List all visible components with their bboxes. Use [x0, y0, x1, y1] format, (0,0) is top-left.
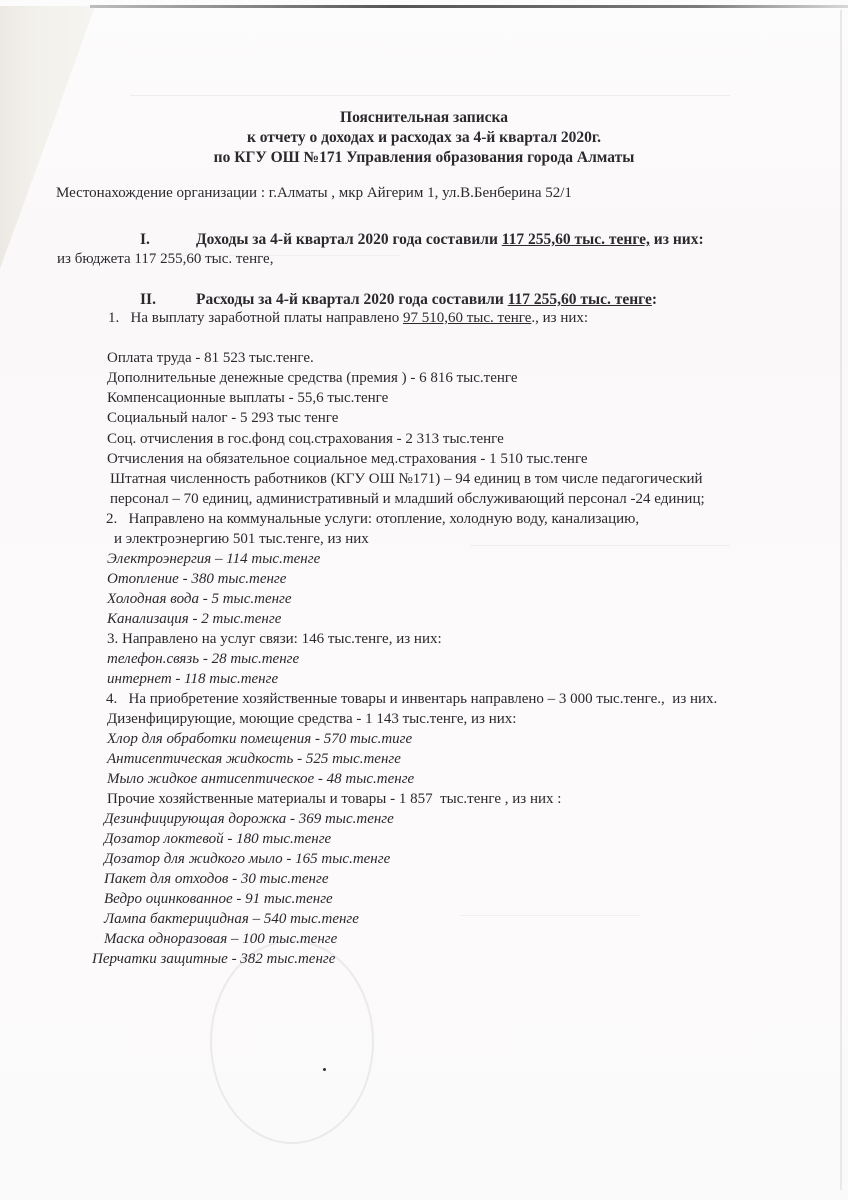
expenses-heading: II.Расходы за 4-й квартал 2020 года сост…	[140, 291, 657, 309]
expenses-heading-text: Расходы за 4-й квартал 2020 года состави…	[196, 291, 508, 308]
other-goods-item: Пакет для отходов - 30 тыс.тенге	[104, 870, 328, 888]
income-budget-line: из бюджета 117 255,60 тыс. тенге,	[57, 250, 273, 268]
other-goods-item: Маска одноразовая – 100 тыс.тенге	[104, 930, 337, 948]
communications-item: интернет - 118 тыс.тенге	[107, 670, 278, 688]
expenses-numeral: II.	[140, 291, 196, 309]
income-heading-suffix: из них:	[650, 231, 704, 248]
salary-item: Соц. отчисления в гос.фонд соц.страхован…	[107, 430, 504, 448]
page-top-edge	[90, 5, 848, 8]
salary-item: Отчисления на обязательное социальное ме…	[107, 450, 588, 468]
expenses-total: 117 255,60 тыс. тенге	[508, 291, 652, 308]
utilities-item: Отопление - 380 тыс.тенге	[107, 570, 286, 588]
salary-text: На выплату заработной платы направлено	[131, 310, 403, 326]
salary-item: Оплата труда - 81 523 тыс.тенге.	[107, 349, 314, 367]
salary-amount: 97 510,60 тыс. тенге	[403, 310, 531, 326]
communications-heading: 3. Направлено на услуг связи: 146 тыс.те…	[107, 630, 442, 648]
salary-item: Компенсационные выплаты - 55,6 тыс.тенге	[107, 389, 388, 407]
other-goods-item: Лампа бактерицидная – 540 тыс.тенге	[104, 910, 359, 928]
other-goods-item: Перчатки защитные - 382 тыс.тенге	[92, 950, 335, 968]
page-right-edge	[840, 10, 842, 1190]
utilities-item: Холодная вода - 5 тыс.тенге	[107, 590, 292, 608]
salary-suffix: ., из них:	[531, 310, 588, 326]
utilities-item: Электроэнергия – 114 тыс.тенге	[107, 550, 320, 568]
disinfectant-item: Антисептическая жидкость - 525 тыс.тенге	[107, 750, 401, 768]
income-numeral: I.	[140, 231, 196, 249]
income-total: 117 255,60 тыс. тенге,	[502, 231, 650, 248]
communications-item: телефон.связь - 28 тыс.тенге	[107, 650, 299, 668]
utilities-item: Канализация - 2 тыс.тенге	[107, 610, 281, 628]
staff-count-line: Штатная численность работников (КГУ ОШ №…	[110, 470, 703, 488]
document-organization: по КГУ ОШ №171 Управления образования го…	[0, 149, 848, 167]
utilities-heading-cont: и электроэнергию 501 тыс.тенге, из них	[114, 530, 369, 548]
staff-count-line: персонал – 70 единиц, административный и…	[110, 490, 705, 508]
other-goods-item: Дозатор для жидкого мыло - 165 тыс.тенге	[104, 850, 390, 868]
disinfectants-heading: Дизенфицирующие, моющие средства - 1 143…	[107, 710, 516, 728]
disinfectant-item: Мыло жидкое антисептическое - 48 тыс.тен…	[107, 770, 414, 788]
faint-stamp-mark	[210, 940, 374, 1144]
salary-item: Социальный налог - 5 293 тыс тенге	[107, 409, 338, 427]
expenses-heading-suffix: :	[652, 291, 657, 308]
salary-heading: 1. На выплату заработной платы направлен…	[108, 309, 588, 327]
speck	[323, 1068, 326, 1071]
income-heading: I.Доходы за 4-й квартал 2020 года состав…	[140, 231, 704, 249]
document-title: Пояснительная записка	[0, 109, 848, 127]
organization-location: Местонахождение организации : г.Алматы ,…	[56, 184, 572, 202]
income-heading-text: Доходы за 4-й квартал 2020 года составил…	[196, 231, 502, 248]
utilities-heading: 2. Направлено на коммунальные услуги: от…	[106, 510, 639, 528]
household-heading: 4. На приобретение хозяйственные товары …	[106, 690, 717, 708]
document-subtitle: к отчету о доходах и расходах за 4-й ква…	[0, 129, 848, 147]
bleed-through-text	[460, 915, 640, 926]
salary-item: Дополнительные денежные средства (премия…	[107, 369, 518, 387]
bleed-through-text	[130, 95, 730, 106]
other-goods-heading: Прочие хозяйственные материалы и товары …	[107, 790, 561, 808]
other-goods-item: Дезинфицирующая дорожка - 369 тыс.тенге	[104, 810, 394, 828]
salary-number: 1.	[108, 310, 119, 326]
bleed-through-text	[470, 545, 730, 556]
other-goods-item: Дозатор локтевой - 180 тыс.тенге	[104, 830, 331, 848]
other-goods-item: Ведро оцинкованное - 91 тыс.тенге	[104, 890, 333, 908]
disinfectant-item: Хлор для обработки помещения - 570 тыс.т…	[107, 730, 412, 748]
